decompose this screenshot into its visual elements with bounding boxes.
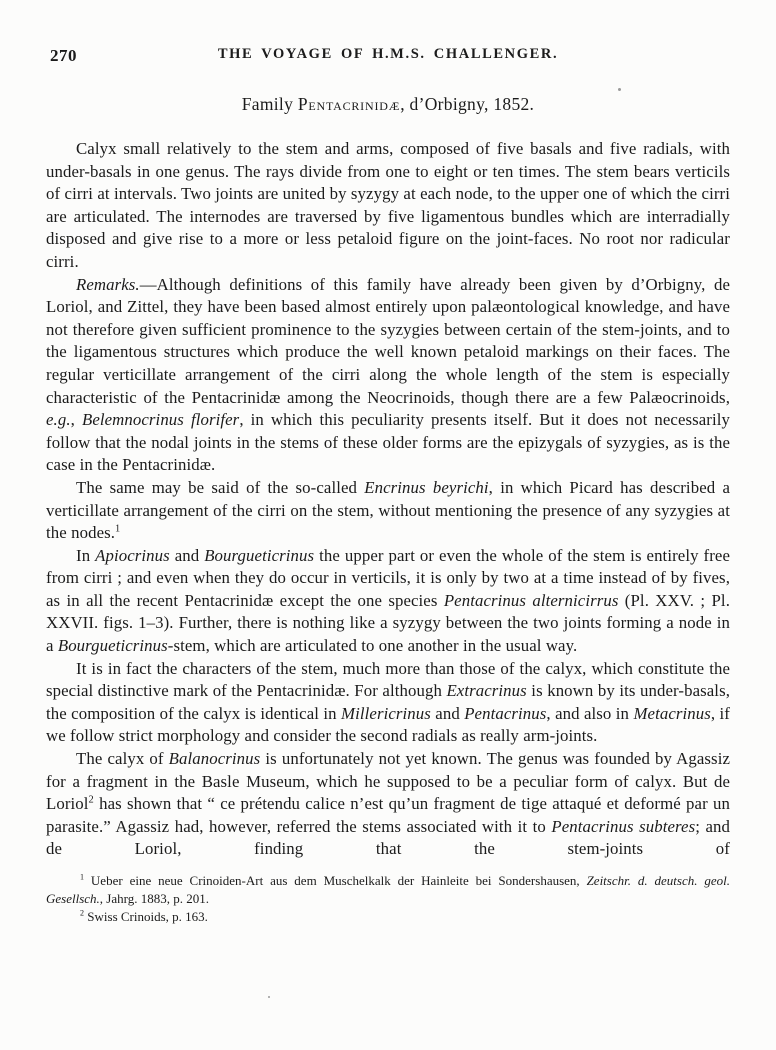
italic-text: Extracrinus <box>446 681 526 700</box>
italic-text: Encrinus beyrichi <box>364 478 488 497</box>
text-run: Family <box>242 94 298 114</box>
paragraph: The calyx of Balanocrinus is unfortunate… <box>46 748 730 861</box>
page-number: 270 <box>50 46 77 66</box>
footnote-marker: 1 <box>115 524 120 535</box>
footnote: 1 Ueber eine neue Crinoiden-Art aus dem … <box>46 872 730 908</box>
italic-text: Pentacrinus subteres <box>551 817 695 836</box>
running-header: 270 THE VOYAGE OF H.M.S. CHALLENGER. <box>46 46 730 66</box>
italic-text: Bourgueticrinus <box>204 546 314 565</box>
text-run: , and also in <box>546 704 633 723</box>
paragraph: The same may be said of the so-called En… <box>46 477 730 545</box>
scan-speck <box>618 88 621 91</box>
scan-speck <box>268 996 270 998</box>
running-title: THE VOYAGE OF H.M.S. CHALLENGER. <box>46 46 730 63</box>
section-heading: Family Pentacrinidæ, d’Orbigny, 1852. <box>46 94 730 115</box>
italic-text: Metacrinus <box>633 704 710 723</box>
italic-text: Balanocrinus <box>169 749 261 768</box>
text-run: Swiss Crinoids, p. 163. <box>84 909 208 924</box>
text-run: -stem, which are articulated to one anot… <box>168 636 577 655</box>
paragraph: It is in fact the characters of the stem… <box>46 658 730 748</box>
footnote: 2 Swiss Crinoids, p. 163. <box>46 908 730 926</box>
italic-text: Bourgueticrinus <box>58 636 168 655</box>
italic-text: Pentacrinus alternicirrus <box>444 591 619 610</box>
italic-text: Apiocrinus <box>95 546 170 565</box>
text-run: , Jahrg. 1883, p. 201. <box>100 891 209 906</box>
paragraph: In Apiocrinus and Bourgueticrinus the up… <box>46 545 730 658</box>
italic-text: e.g. <box>46 410 71 429</box>
text-run: , <box>71 410 82 429</box>
text-run: and <box>170 546 204 565</box>
paragraph: Calyx small relatively to the stem and a… <box>46 138 730 274</box>
text-run: —Although definitions of this family hav… <box>46 275 730 407</box>
small-caps-text: Pentacrinidæ <box>298 94 400 114</box>
italic-text: Belemnocrinus florifer <box>82 410 239 429</box>
text-run: The same may be said of the so-called <box>76 478 364 497</box>
text-run: The calyx of <box>76 749 169 768</box>
book-page: 270 THE VOYAGE OF H.M.S. CHALLENGER. Fam… <box>0 0 776 926</box>
body-text: Calyx small relatively to the stem and a… <box>46 138 730 861</box>
text-run: In <box>76 546 95 565</box>
text-run: and <box>431 704 464 723</box>
text-run: , d’Orbigny, 1852. <box>400 94 534 114</box>
italic-text: Pentacrinus <box>464 704 546 723</box>
paragraph: Remarks.—Although definitions of this fa… <box>46 274 730 477</box>
text-run: Ueber eine neue Crinoiden-Art aus dem Mu… <box>84 873 587 888</box>
footnotes: 1 Ueber eine neue Crinoiden-Art aus dem … <box>46 872 730 926</box>
italic-text: Millericrinus <box>341 704 431 723</box>
text-run: Calyx small relatively to the stem and a… <box>46 139 730 271</box>
italic-text: Remarks. <box>76 275 140 294</box>
